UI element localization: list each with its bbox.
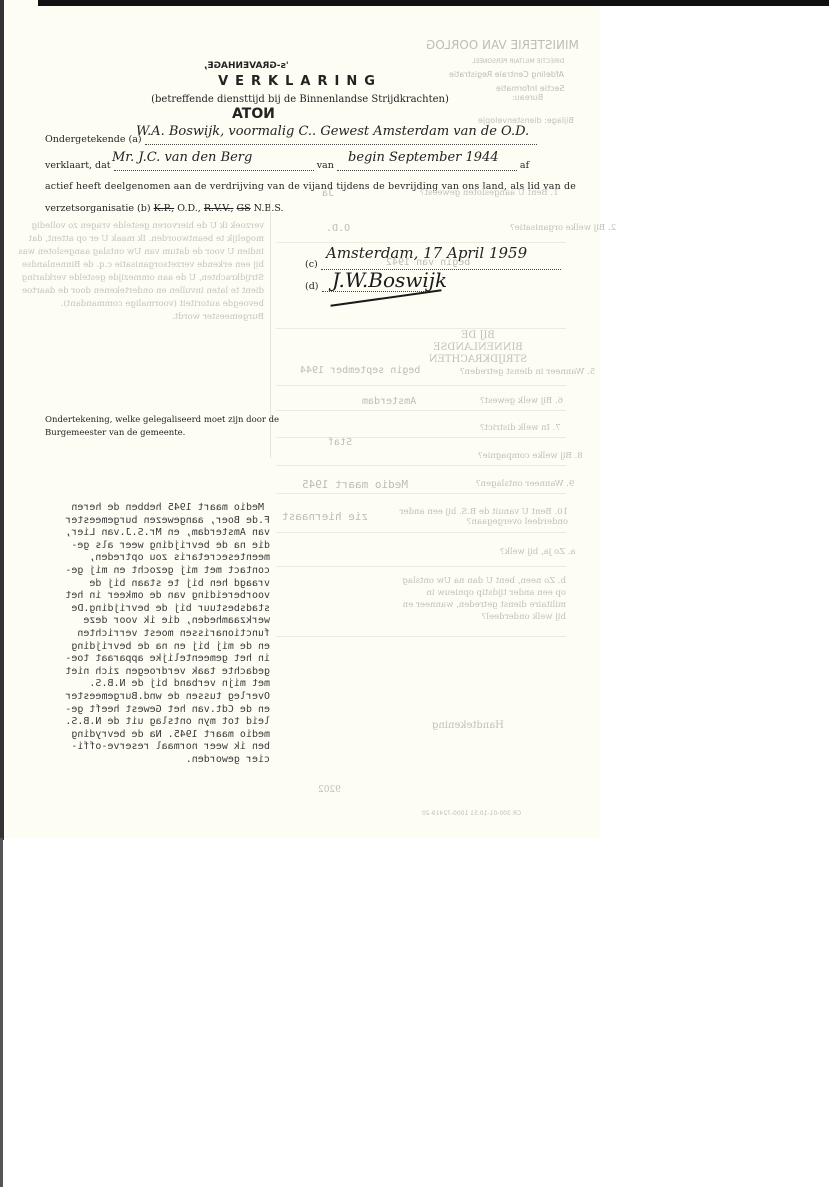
org-option-nbs: N.B.S. bbox=[254, 203, 284, 214]
ghost-answer-5: begin september 1944 bbox=[300, 365, 420, 376]
ghost-rule bbox=[276, 566, 566, 567]
place-date-value: Amsterdam, 17 April 1959 bbox=[326, 244, 527, 262]
typed-line: stadsbestuur bij de bevrijding.De bbox=[8, 603, 270, 616]
typed-line: cier geworden. bbox=[8, 754, 270, 767]
organisation-row: verzetsorganisatie (b) K.P., O.D., R.V.V… bbox=[45, 203, 284, 214]
ghost-question-1: 1. Bent U aangesloten geweest? bbox=[420, 188, 559, 198]
ghost-code: 9202 bbox=[318, 785, 341, 795]
typed-line: functionarissen moest verrichten bbox=[8, 628, 270, 641]
typed-line: meentesecretaris zou optreden, bbox=[8, 552, 270, 565]
ghost-handtekening: Handtekening bbox=[432, 720, 504, 731]
typed-statement: Medio maart 1945 hebben de heren F.de Bo… bbox=[8, 502, 270, 766]
ghost-section-header: BIJ DE BINNENLANDSE STRIJDKRACHTEN bbox=[418, 330, 538, 366]
document-subtitle: (betreffende diensttijd bij de Binnenlan… bbox=[0, 94, 600, 105]
ghost-rule bbox=[276, 242, 566, 243]
declares-label: verklaart, dat bbox=[45, 160, 111, 171]
typed-line: van Amsterdam, en Mr.S.J.van Lier, bbox=[8, 527, 270, 540]
typed-line: leid tot myn ontslag uit de N.B.S. bbox=[8, 716, 270, 729]
typed-line: Medio maart 1945 hebben de heren bbox=[8, 502, 270, 515]
ghost-question-7: 7. In welk district? bbox=[480, 423, 561, 433]
ghost-rule bbox=[276, 328, 566, 329]
ghost-question-b: b. Zo neen, bent U dan na Uw ontslag op … bbox=[396, 575, 566, 623]
signature: J.W.Boswijk bbox=[332, 268, 447, 292]
org-option-kp: K.P., bbox=[154, 203, 175, 214]
ghost-answer-10: zie hiernaast bbox=[282, 510, 368, 523]
ghost-instructions: verzoek ik U de hiervoren gestelde vrage… bbox=[8, 220, 264, 324]
typed-line: met mijn verband bij de N.B.S. bbox=[8, 678, 270, 691]
from-value: begin September 1944 bbox=[348, 150, 499, 165]
scan-edge-left bbox=[0, 0, 4, 840]
ghost-question-2: 2. Bij welke organisatie? bbox=[510, 223, 616, 233]
ghost-answer-1: Ja bbox=[322, 188, 334, 199]
ghost-answer-7: Staf bbox=[328, 437, 352, 448]
typed-line: in het gemeentelijke apparaat toe- bbox=[8, 653, 270, 666]
org-label: verzetsorganisatie (b) bbox=[45, 203, 151, 214]
place-date-label: (c) bbox=[305, 259, 318, 270]
ghost-rule bbox=[276, 532, 566, 533]
ghost-question-8: 8. Bij welke compagnie? bbox=[478, 451, 583, 461]
typed-line: voorbereiding van de omkeer in het bbox=[8, 590, 270, 603]
ghost-rule bbox=[276, 636, 566, 637]
org-option-rvv: R.V.V., bbox=[204, 203, 234, 214]
typed-line: en de Cdt.van het Gewest heeft ge- bbox=[8, 704, 270, 717]
org-option-od: O.D., bbox=[177, 203, 201, 214]
scan-edge-left-lower bbox=[0, 838, 3, 1187]
ghost-rule bbox=[276, 385, 566, 386]
typed-line: medio maart 1945. Na de bevryding bbox=[8, 729, 270, 742]
typed-line: vraagd hen bij te staan bij de bbox=[8, 578, 270, 591]
ghost-ministry-sub: DIRECTIE MILITAIR PERSONEEL bbox=[472, 58, 564, 65]
ghost-ministry-title: MINISTERIE VAN OORLOG bbox=[426, 38, 579, 52]
ghost-question-5: 5. Wanneer in dienst getreden? bbox=[460, 367, 595, 377]
ghost-question-10: 10. Bent U vanuit de B.S. bij een ander … bbox=[388, 507, 568, 527]
typed-line: en de mij bij en na de bevrijding bbox=[8, 641, 270, 654]
ghost-rule bbox=[276, 493, 566, 494]
ghost-answer-6: Amsterdam bbox=[362, 396, 416, 407]
footnote-d: Ondertekening, welke gelegaliseerd moet … bbox=[45, 415, 279, 438]
typed-line: werkzaamheden, die ik voor deze bbox=[8, 615, 270, 628]
typed-line: ben ik weer normaal reserve-offi- bbox=[8, 741, 270, 754]
undersigned-label: Ondergetekende (a) bbox=[45, 134, 142, 145]
ghost-answer-2: O.D. bbox=[326, 223, 350, 234]
ghost-rule bbox=[276, 465, 566, 466]
ghost-answer-9: Medio maart 1945 bbox=[302, 478, 408, 491]
place-stamp: 's-GRAVENHAGE, bbox=[204, 61, 289, 71]
ghost-question-9: 9. Wanneer ontslagen? bbox=[476, 479, 574, 489]
typed-line: gedachte taak verdroegen zich niet bbox=[8, 666, 270, 679]
typed-line: Overleg tussen de wnd.Burgemeester bbox=[8, 691, 270, 704]
from-suffix: af bbox=[520, 160, 529, 171]
ghost-print-code: CR 300-01-10.51 1000-72419-20 bbox=[422, 810, 521, 817]
ghost-section-header-text: BIJ DE BINNENLANDSE STRIJDKRACHTEN bbox=[418, 330, 538, 366]
ghost-question-a: a. Zo ja, bij welk? bbox=[500, 547, 576, 557]
scan-edge-top bbox=[38, 0, 829, 6]
org-option-gs: GS bbox=[237, 203, 251, 214]
ghost-question-6: 6. Bij welk gewest? bbox=[480, 396, 563, 406]
from-label: van bbox=[317, 160, 334, 171]
ghost-rule bbox=[276, 410, 566, 411]
document-title: VERKLARING bbox=[0, 74, 600, 89]
signature-label: (d) bbox=[305, 281, 319, 292]
typed-line: die na de bevrijding weer als ge- bbox=[8, 540, 270, 553]
typed-line: contact met mij gezocht en mij ge- bbox=[8, 565, 270, 578]
nota-stamp: NOTA bbox=[232, 106, 275, 122]
undersigned-value: W.A. Boswijk, voormalig C.. Gewest Amste… bbox=[136, 124, 529, 139]
declares-value: Mr. J.C. van den Berg bbox=[112, 150, 252, 165]
typed-line: F.de Boer, aangewezen burgemeester bbox=[8, 515, 270, 528]
